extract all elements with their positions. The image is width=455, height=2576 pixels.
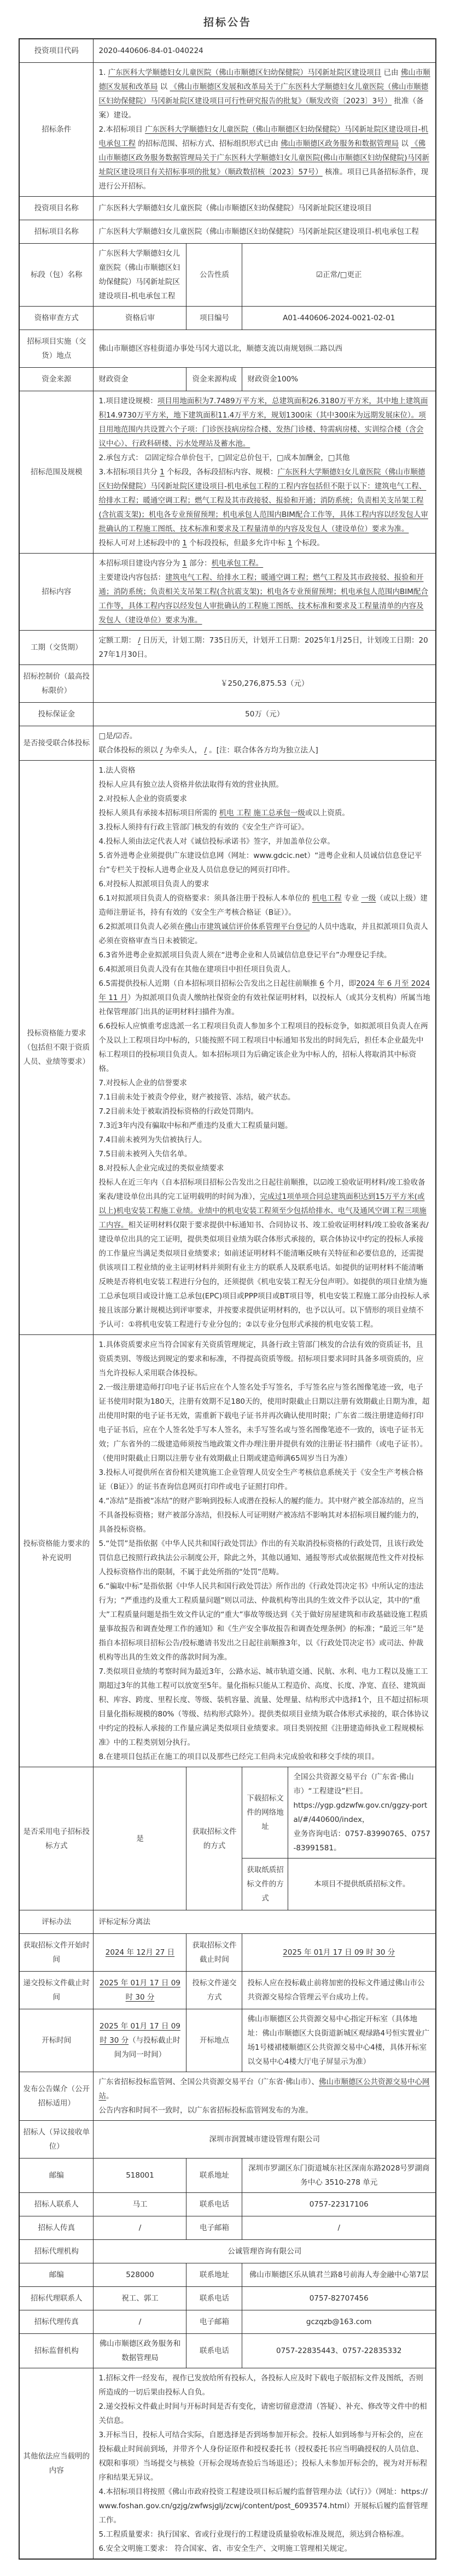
- qualification-review-label: 资格审查方式: [19, 307, 94, 330]
- agency-email-value: gczqzb@163.com: [242, 2310, 436, 2334]
- table-row: 投资项目名称广东医科大学顺德妇女儿童医院（佛山市顺德区妇幼保健院）马冈新址院区建…: [19, 197, 436, 220]
- tender-conditions-value: 1. 广东医科大学顺德妇女儿童医院（佛山市顺德区妇幼保健院）马冈新址院区建设项目…: [94, 63, 436, 197]
- other-content-label: 其他依法应当载明的内容: [19, 2368, 94, 2560]
- electronic-bidding-label: 是否采用电子招标投标方式: [19, 1767, 94, 1910]
- table-row: 递交投标文件截止时间2025 年 01月 17 日 09 时 30 分投标文件递…: [19, 1972, 436, 2009]
- electronic-bidding-value: 是: [94, 1767, 186, 1910]
- table-row: 标段（包）名称广东医科大学顺德妇女儿童医院（佛山市顺德区妇幼保健院）马冈新址院区…: [19, 244, 436, 307]
- obtain-start-time-value: 2024 年 12月 27 日: [94, 1934, 186, 1972]
- other-content-value: 1.招标文件一经发布，视作已发放给所有投标人，各投标人应及时下载电子版招标文件及…: [94, 2368, 436, 2560]
- agency-phone-value: 0757-82707456: [242, 2287, 436, 2310]
- table-row: 发布公告媒介（公开招标适用）广东省招标投标监管网、全国公共资源交易平台（广东省·…: [19, 2072, 436, 2121]
- tenderer-fax-value: /: [94, 2216, 186, 2240]
- tenderer-email-value: /: [242, 2216, 436, 2240]
- tender-project-name-label: 招标项目名称: [19, 220, 94, 244]
- control-price-label: 招标控制价（最高投标限价）: [19, 665, 94, 703]
- table-row: 评标办法评标定标分离法: [19, 1910, 436, 1934]
- table-row: 招标人（异议接收单位）深圳市润置城市建设管理有限公司: [19, 2121, 436, 2159]
- tender-scope-value: 1.项目建设规模：项目用地面积为7.7489万平方米，总建筑面积26.3180万…: [94, 391, 436, 554]
- agency-email-label: 电子邮箱: [186, 2310, 242, 2334]
- tenderer-phone-label: 联系电话: [186, 2193, 242, 2216]
- paper-documents-value: 本项目不提供纸质招标文件。: [288, 1859, 436, 1910]
- construction-period-label: 工期（交货期）: [19, 631, 94, 665]
- tender-content-value: 本招标项目建设内容分为 1 部分：机电承包工程。主要建设内容包括：建筑电气工程、…: [94, 554, 436, 631]
- tenderer-label: 招标人（异议接收单位）: [19, 2121, 94, 2159]
- announcement-page: 招标公告 投资项目代码2020-440606-84-01-040224招标条件1…: [0, 14, 455, 2576]
- table-row: 招标人联系人马工联系电话0757-22317106: [19, 2193, 436, 2216]
- table-row: 招标条件1. 广东医科大学顺德妇女儿童医院（佛山市顺德区妇幼保健院）马冈新址院区…: [19, 63, 436, 197]
- table-row: 邮编528000联系地址佛山市顺德区乐从镇君兰路8号前海人寿金融中心第7层: [19, 2263, 436, 2287]
- bid-bond-label: 投标保证金: [19, 703, 94, 726]
- table-row: 招标监督机构佛山市顺德区政务服务和数据管理局联系电话0757-22835443、…: [19, 2334, 436, 2368]
- investment-code-value: 2020-440606-84-01-040224: [94, 39, 436, 63]
- table-row: 投资项目代码2020-440606-84-01-040224: [19, 39, 436, 63]
- submission-deadline-value: 2025 年 01月 17 日 09 时 30 分: [94, 1972, 186, 2009]
- table-row: 招标控制价（最高投标限价）￥250,276,875.53（元）: [19, 665, 436, 703]
- section-package-value: 广东医科大学顺德妇女儿童医院（佛山市顺德区妇幼保健院）马冈新址院区建设项目-机电…: [94, 244, 186, 307]
- agency-address-label: 联系地址: [186, 2263, 242, 2287]
- qualification-supplement-value: 1.具体资质要求应当符合国家有关资质管理规定，具备行政主管部门核发的合法有效的资…: [94, 1335, 436, 1767]
- tender-scope-label: 招标范围及规模: [19, 391, 94, 554]
- table-row: 资格审查方式资格后审项目编号A01-440606-2024-0021-02-01: [19, 307, 436, 330]
- tenderer-contact-label: 招标人联系人: [19, 2193, 94, 2216]
- control-price-value: ￥250,276,875.53（元）: [94, 665, 436, 703]
- project-number-label: 项目编号: [186, 307, 242, 330]
- obtain-documents-method-label: 获取招标文件的方式: [186, 1767, 242, 1910]
- download-address-value: 全国公共资源交易平台（广东省·佛山市）“工程建设”栏目。https://ygp.…: [288, 1767, 436, 1859]
- tenderer-value: 深圳市润置城市建设管理有限公司: [94, 2121, 436, 2159]
- fund-composition-label: 资金来源构成: [186, 368, 242, 391]
- investment-project-name-value: 广东医科大学顺德妇女儿童医院（佛山市顺德区妇幼保健院）马冈新址院区建设项目: [94, 197, 436, 220]
- agency-contact-label: 招标代理联系人: [19, 2287, 94, 2310]
- table-row: 招标代理机构公诚管理咨询有限公司: [19, 2240, 436, 2263]
- agency-contact-value: 祝工、郭工: [94, 2287, 186, 2310]
- obtain-start-time-label: 获取招标文件开始时间: [19, 1934, 94, 1972]
- obtain-end-time-label: 获取招标文件截止时间: [186, 1934, 242, 1972]
- qualification-review-value: 资格后审: [94, 307, 186, 330]
- table-row: 是否接受联合体投标□是/☑否。联合体投标的须以 / 为牵头人， / 。[注：联合…: [19, 726, 436, 761]
- table-row: 招标代理联系人祝工、郭工联系电话0757-82707456: [19, 2287, 436, 2310]
- submission-method-value: 投标人应在投标截止前将加密的投标文件通过佛山市公共资源交易综合管理云平台成功上传…: [242, 1972, 436, 2009]
- table-row: 投标保证金50万（元）: [19, 703, 436, 726]
- announcement-media-value: 广东省招标投标监管网、全国公共资源交易平台（广东省·佛山市）、佛山市顺德区公共资…: [94, 2072, 436, 2121]
- supervision-phone-value: 0757-22835443、0757-22835332: [242, 2334, 436, 2368]
- table-row: 投标资格能力要求（包括但不限于资质人员、业绩等要求）1.法人资格投标人应具有独立…: [19, 761, 436, 1335]
- agency-fax-label: 招标代理传真: [19, 2310, 94, 2334]
- table-row: 其他依法应当载明的内容1.招标文件一经发布，视作已发放给所有投标人，各投标人应及…: [19, 2368, 436, 2560]
- page-title: 招标公告: [0, 14, 455, 29]
- qualification-requirements-value: 1.法人资格投标人应具有独立法人资格并依法取得有效的营业执照。2.对投标人企业的…: [94, 761, 436, 1335]
- bid-opening-time-value: 2025 年 01月 17 日 09 时 30 分（与投标截止时间为同一时间）: [94, 2009, 186, 2072]
- obtain-end-time-value: 2025 年 01月 17 日 09 时 30 分: [242, 1934, 436, 1972]
- submission-method-label: 投标文件递交方式: [186, 1972, 242, 2009]
- delivery-location-label: 招标项目实施（交货）地点: [19, 330, 94, 368]
- bid-opening-place-value: 佛山市顺德区公共资源交易中心指定开标室（具体地址：佛山市顺德区大良街道新城区观绿…: [242, 2009, 436, 2072]
- delivery-location-value: 佛山市顺德区容桂街道办事处马冈大道以北，顺德支流以南规划纵二路以西: [94, 330, 436, 368]
- table-row: 招标范围及规模1.项目建设规模：项目用地面积为7.7489万平方米，总建筑面积2…: [19, 391, 436, 554]
- agency-label: 招标代理机构: [19, 2240, 94, 2263]
- table-row: 获取招标文件开始时间2024 年 12月 27 日获取招标文件截止时间2025 …: [19, 1934, 436, 1972]
- agency-postcode-label: 邮编: [19, 2263, 94, 2287]
- submission-deadline-label: 递交投标文件截止时间: [19, 1972, 94, 2009]
- investment-project-name-label: 投资项目名称: [19, 197, 94, 220]
- tenderer-postcode-value: 518001: [94, 2159, 186, 2193]
- evaluation-method-label: 评标办法: [19, 1910, 94, 1934]
- supervision-phone-label: 联系电话: [186, 2334, 242, 2368]
- agency-fax-value: /: [94, 2310, 186, 2334]
- section-package-label: 标段（包）名称: [19, 244, 94, 307]
- agency-postcode-value: 528000: [94, 2263, 186, 2287]
- table-row: 招标人传真/电子邮箱/: [19, 2216, 436, 2240]
- bid-bond-value: 50万（元）: [94, 703, 436, 726]
- fund-source-label: 资金来源: [19, 368, 94, 391]
- table-row: 投标资格能力要求的补充说明1.具体资质要求应当符合国家有关资质管理规定，具备行政…: [19, 1335, 436, 1767]
- announcement-media-label: 发布公告媒介（公开招标适用）: [19, 2072, 94, 2121]
- qualification-requirements-label: 投标资格能力要求（包括但不限于资质人员、业绩等要求）: [19, 761, 94, 1335]
- qualification-supplement-label: 投标资格能力要求的补充说明: [19, 1335, 94, 1767]
- agency-phone-label: 联系电话: [186, 2287, 242, 2310]
- bid-opening-time-label: 开标时间: [19, 2009, 94, 2072]
- fund-source-value: 财政资金: [94, 368, 186, 391]
- consortium-bidding-value: □是/☑否。联合体投标的须以 / 为牵头人， / 。[注：联合体各方均为独立法人…: [94, 726, 436, 761]
- construction-period-value: 定额工期： / 日历天，计划工期：735日历天，计划开工日期：2025年1月25…: [94, 631, 436, 665]
- tender-project-name-value: 广东医科大学顺德妇女儿童医院（佛山市顺德区妇幼保健院）马冈新址院区建设项目-机电…: [94, 220, 436, 244]
- tenderer-phone-value: 0757-22317106: [242, 2193, 436, 2216]
- tenderer-contact-value: 马工: [94, 2193, 186, 2216]
- supervision-value: 佛山市顺德区政务服务和数据管理局: [94, 2334, 186, 2368]
- table-row: 邮编518001联系地址深圳市罗湖区东门街道城东社区深南东路2028号罗湖商务中…: [19, 2159, 436, 2193]
- project-number-value: A01-440606-2024-0021-02-01: [242, 307, 436, 330]
- table-row: 是否采用电子招标投标方式是获取招标文件的方式下载招标文件的网络地址全国公共资源交…: [19, 1767, 436, 1859]
- tender-conditions-label: 招标条件: [19, 63, 94, 197]
- table-row: 招标项目名称广东医科大学顺德妇女儿童医院（佛山市顺德区妇幼保健院）马冈新址院区建…: [19, 220, 436, 244]
- tenderer-email-label: 电子邮箱: [186, 2216, 242, 2240]
- agency-address-value: 佛山市顺德区乐从镇君兰路8号前海人寿金融中心第7层: [242, 2263, 436, 2287]
- table-row: 工期（交货期）定额工期： / 日历天，计划工期：735日历天，计划开工日期：20…: [19, 631, 436, 665]
- evaluation-method-value: 评标定标分离法: [94, 1910, 436, 1934]
- investment-code-label: 投资项目代码: [19, 39, 94, 63]
- tender-content-label: 招标内容: [19, 554, 94, 631]
- table-row: 开标时间2025 年 01月 17 日 09 时 30 分（与投标截止时间为同一…: [19, 2009, 436, 2072]
- notice-nature-value: ☑正常/□更正: [242, 244, 436, 307]
- tenderer-fax-label: 招标人传真: [19, 2216, 94, 2240]
- announcement-table: 投资项目代码2020-440606-84-01-040224招标条件1. 广东医…: [19, 38, 436, 2560]
- supervision-label: 招标监督机构: [19, 2334, 94, 2368]
- consortium-bidding-label: 是否接受联合体投标: [19, 726, 94, 761]
- tenderer-postcode-label: 邮编: [19, 2159, 94, 2193]
- download-address-label: 下载招标文件的网络地址: [242, 1767, 288, 1859]
- table-row: 招标项目实施（交货）地点佛山市顺德区容桂街道办事处马冈大道以北，顺德支流以南规划…: [19, 330, 436, 368]
- fund-composition-value: 财政资金100%: [242, 368, 436, 391]
- tenderer-address-label: 联系地址: [186, 2159, 242, 2193]
- paper-documents-label: 获取纸质招标文件的方式: [242, 1859, 288, 1910]
- agency-value: 公诚管理咨询有限公司: [94, 2240, 436, 2263]
- table-row: 招标代理传真/电子邮箱gczqzb@163.com: [19, 2310, 436, 2334]
- table-row: 招标内容本招标项目建设内容分为 1 部分：机电承包工程。主要建设内容包括：建筑电…: [19, 554, 436, 631]
- tenderer-address-value: 深圳市罗湖区东门街道城东社区深南东路2028号罗湖商务中心 3510-278 单…: [242, 2159, 436, 2193]
- bid-opening-place-label: 开标地点: [186, 2009, 242, 2072]
- table-row: 资金来源财政资金资金来源构成财政资金100%: [19, 368, 436, 391]
- notice-nature-label: 公告性质: [186, 244, 242, 307]
